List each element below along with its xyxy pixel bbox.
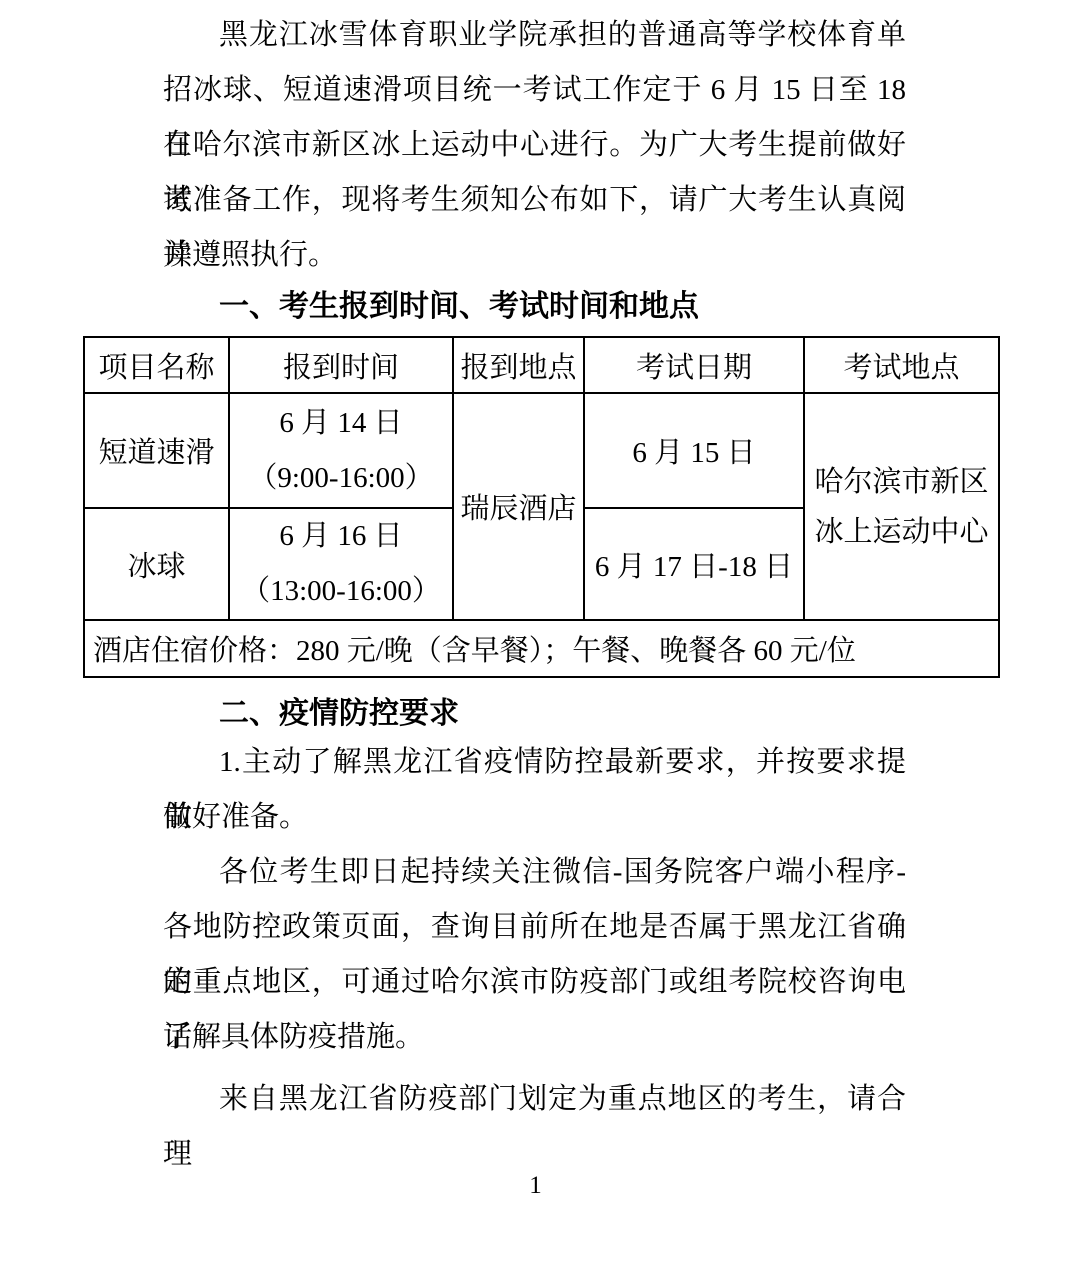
cell-exam-date-ice-hockey: 6 月 17 日-18 日 bbox=[584, 508, 804, 620]
exam-location-line: 冰上运动中心 bbox=[805, 507, 998, 557]
cell-checkin-short-track: 6 月 14 日 （9:00-16:00） bbox=[229, 393, 453, 508]
paragraph-line: 各位考生即日起持续关注微信-国务院客户端小程序- bbox=[163, 845, 906, 900]
cell-hotel-price-note: 酒店住宿价格：280 元/晚（含早餐）；午餐、晚餐各 60 元/位 bbox=[84, 620, 999, 677]
table-header-row: 项目名称 报到时间 报到地点 考试日期 考试地点 bbox=[84, 337, 999, 393]
checkin-date: 6 月 14 日 bbox=[230, 396, 452, 451]
intro-line: 招冰球、短道速滑项目统一考试工作定于 6 月 15 日至 18 日 bbox=[163, 63, 906, 118]
cell-checkin-location: 瑞辰酒店 bbox=[453, 393, 584, 620]
header-exam-date: 考试日期 bbox=[584, 337, 804, 393]
section2-heading: 二、疫情防控要求 bbox=[163, 686, 906, 741]
header-event-name: 项目名称 bbox=[84, 337, 229, 393]
cell-exam-location: 哈尔滨市新区 冰上运动中心 bbox=[804, 393, 999, 620]
intro-line: 在哈尔滨市新区冰上运动中心进行。为广大考生提前做好考 bbox=[163, 118, 906, 173]
checkin-date: 6 月 16 日 bbox=[230, 509, 452, 564]
document-page: 黑龙江冰雪体育职业学院承担的普通高等学校体育单 招冰球、短道速滑项目统一考试工作… bbox=[0, 0, 1071, 1287]
paragraph-line: 做好准备。 bbox=[163, 790, 906, 845]
exam-schedule-table: 项目名称 报到时间 报到地点 考试日期 考试地点 短道速滑 6 月 14 日 （… bbox=[83, 336, 1000, 678]
paragraph-line: 了解具体防疫措施。 bbox=[163, 1010, 906, 1065]
covid-paragraph-3: 来自黑龙江省防疫部门划定为重点地区的考生，请合理 bbox=[163, 1072, 906, 1127]
covid-paragraph-1: 1.主动了解黑龙江省疫情防控最新要求，并按要求提前 做好准备。 bbox=[163, 735, 906, 845]
cell-event-short-track: 短道速滑 bbox=[84, 393, 229, 508]
intro-line: 并遵照执行。 bbox=[163, 228, 906, 283]
paragraph-line: 的重点地区，可通过哈尔滨市防疫部门或组考院校咨询电话 bbox=[163, 955, 906, 1010]
table-note-row: 酒店住宿价格：280 元/晚（含早餐）；午餐、晚餐各 60 元/位 bbox=[84, 620, 999, 677]
covid-paragraph-2: 各位考生即日起持续关注微信-国务院客户端小程序- 各地防控政策页面，查询目前所在… bbox=[163, 845, 906, 1065]
page-number: 1 bbox=[0, 1168, 1071, 1204]
header-exam-place: 考试地点 bbox=[804, 337, 999, 393]
paragraph-line: 各地防控政策页面，查询目前所在地是否属于黑龙江省确定 bbox=[163, 900, 906, 955]
header-checkin-time: 报到时间 bbox=[229, 337, 453, 393]
section1-heading: 一、考生报到时间、考试时间和地点 bbox=[163, 279, 906, 334]
intro-paragraph: 黑龙江冰雪体育职业学院承担的普通高等学校体育单 招冰球、短道速滑项目统一考试工作… bbox=[163, 8, 906, 283]
checkin-time: （13:00-16:00） bbox=[230, 564, 452, 619]
paragraph-line: 1.主动了解黑龙江省疫情防控最新要求，并按要求提前 bbox=[163, 735, 906, 790]
exam-location-line: 哈尔滨市新区 bbox=[805, 457, 998, 507]
intro-line: 黑龙江冰雪体育职业学院承担的普通高等学校体育单 bbox=[163, 8, 906, 63]
header-checkin-place: 报到地点 bbox=[453, 337, 584, 393]
cell-checkin-ice-hockey: 6 月 16 日 （13:00-16:00） bbox=[229, 508, 453, 620]
table-row-short-track: 短道速滑 6 月 14 日 （9:00-16:00） 瑞辰酒店 6 月 15 日… bbox=[84, 393, 999, 508]
intro-line: 试准备工作，现将考生须知公布如下，请广大考生认真阅读 bbox=[163, 173, 906, 228]
paragraph-line: 来自黑龙江省防疫部门划定为重点地区的考生，请合理 bbox=[163, 1072, 906, 1127]
cell-event-ice-hockey: 冰球 bbox=[84, 508, 229, 620]
checkin-time: （9:00-16:00） bbox=[230, 451, 452, 506]
cell-exam-date-short-track: 6 月 15 日 bbox=[584, 393, 804, 508]
